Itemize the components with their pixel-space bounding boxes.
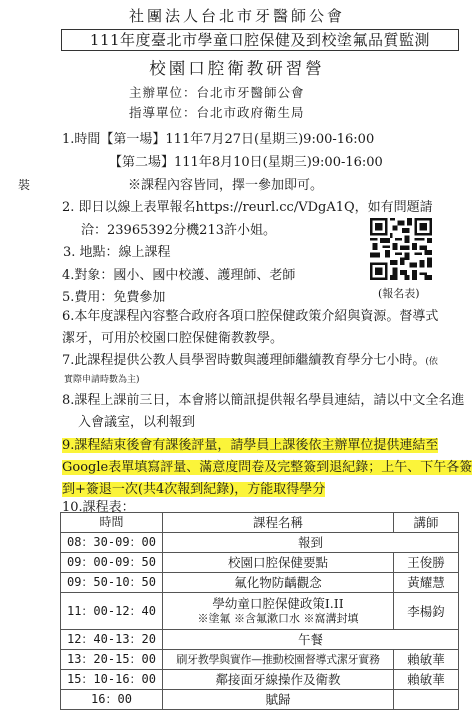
header-time: 時間 bbox=[61, 513, 163, 533]
row-course-cell: 學幼童口腔保健政策I.II ※塗氟 ※含氟漱口水 ※窩溝封填 bbox=[163, 593, 394, 630]
row-instructor: 賴敏華 bbox=[394, 670, 459, 690]
row-time: 12：40-13：20 bbox=[61, 630, 163, 650]
table-row: 09：50-10：50 氟化物防齲觀念 黃耀慧 bbox=[61, 573, 459, 593]
row-instructor: 王俊勝 bbox=[394, 553, 459, 573]
row-time: 15：10-16：00 bbox=[61, 670, 163, 690]
supervisor-unit: 指導單位：台北市政府衛生局 bbox=[129, 103, 305, 121]
row-instructor bbox=[394, 690, 459, 710]
fee-line: 5.費用：免費參加 bbox=[62, 286, 165, 305]
credit-line: 7.此課程提供公教人員學習時數與護理師繼續教育學分七小時。(依 bbox=[62, 349, 438, 368]
table-header-row: 時間 課程名稱 講師 bbox=[61, 513, 459, 533]
location-line: 3. 地點：線上課程 bbox=[63, 241, 171, 260]
notice-line-1: 8.課程上課前三日，本會將以簡訊提供報名學員連結，請以中文全名進 bbox=[62, 389, 464, 408]
row-course: 刷牙教學與實作—推動校園督導式潔牙實務 bbox=[163, 650, 394, 670]
table-row: 11：00-12：40 學幼童口腔保健政策I.II ※塗氟 ※含氟漱口水 ※窩溝… bbox=[61, 593, 459, 630]
evaluation-line-1: 9.課程結束後會有課後評量，請學員上課後依主辦單位提供連結至 bbox=[62, 438, 438, 453]
organizer-unit: 主辦單位：台北市牙醫師公會 bbox=[129, 83, 305, 101]
table-row: 09：00-09：50 校園口腔保健要點 王俊勝 bbox=[61, 553, 459, 573]
table-row: 12：40-13：20 午餐 bbox=[61, 630, 459, 650]
credit-note: 實際申請時數為主) bbox=[64, 372, 140, 385]
evaluation-line-2: Google表單填寫評量、滿意度問卷及完整簽到退紀錄；上午、下午各簽 bbox=[62, 460, 472, 475]
audience-line: 4.對象：國小、國中校護、護理師、老師 bbox=[62, 264, 295, 283]
content-line-1: 6.本年度課程內容整合政府各項口腔保健政策介紹與資源。督導式 bbox=[62, 305, 438, 324]
row-course: 氟化物防齲觀念 bbox=[163, 573, 394, 593]
row-time: 16：00 bbox=[61, 690, 163, 710]
header-course: 課程名稱 bbox=[163, 513, 394, 533]
binding-mark: 裝 bbox=[18, 176, 30, 193]
row-course: 校園口腔保健要點 bbox=[163, 553, 394, 573]
registration-line: 2. 即日以線上表單報名https://reurl.cc/VDgA1Q，如有問題… bbox=[62, 196, 433, 215]
credit-note-open: (依 bbox=[425, 357, 438, 367]
table-row: 16：00 賦歸 bbox=[61, 690, 459, 710]
row-time: 08：30-09：00 bbox=[61, 533, 163, 553]
table-row: 08：30-09：00 報到 bbox=[61, 533, 459, 553]
row-time: 09：00-09：50 bbox=[61, 553, 163, 573]
evaluation-line-3: 到+簽退一次(共4次報到紀錄)，方能取得學分 bbox=[62, 482, 325, 497]
row-course-subtopics: ※塗氟 ※含氟漱口水 ※窩溝封填 bbox=[163, 611, 393, 626]
row-course: 賦歸 bbox=[163, 690, 394, 710]
table-row: 13：20-15：00 刷牙教學與實作—推動校園督導式潔牙實務 賴敏華 bbox=[61, 650, 459, 670]
time-first-session: 1.時間【第一場】111年7月27日(星期三)9:00-16:00 bbox=[62, 128, 374, 147]
row-course: 鄰接面牙線操作及衛教 bbox=[163, 670, 394, 690]
row-course: 報到 bbox=[163, 533, 459, 553]
project-title-box: 111年度臺北市學童口腔保健及到校塗氟品質監測 bbox=[61, 29, 459, 51]
schedule-table: 時間 課程名稱 講師 08：30-09：00 報到 09：00-09：50 校園… bbox=[60, 512, 459, 710]
time-second-session: 【第二場】111年8月10日(星期三)9:00-16:00 bbox=[109, 151, 383, 170]
row-instructor: 黃耀慧 bbox=[394, 573, 459, 593]
credit-text: 7.此課程提供公教人員學習時數與護理師繼續教育學分七小時。 bbox=[62, 353, 425, 368]
content-line-2: 潔牙，可用於校園口腔保健衛教教學。 bbox=[62, 327, 283, 346]
row-course: 學幼童口腔保健政策I.II bbox=[163, 596, 393, 611]
row-time: 13：20-15：00 bbox=[61, 650, 163, 670]
row-instructor: 賴敏華 bbox=[394, 650, 459, 670]
row-time: 11：00-12：40 bbox=[61, 593, 163, 630]
organization-title: 社團法人台北市牙醫師公會 bbox=[0, 5, 474, 26]
header-instructor: 講師 bbox=[394, 513, 459, 533]
camp-title: 校園口腔衛教研習營 bbox=[0, 55, 474, 79]
time-note: ※課程內容皆同，擇一參加即可。 bbox=[128, 174, 323, 193]
registration-contact: 洽：23965392分機213許小姐。 bbox=[81, 219, 276, 238]
row-instructor: 李楊鈞 bbox=[394, 593, 459, 630]
qr-code-icon[interactable] bbox=[370, 218, 432, 280]
notice-line-2: 入會議室，以利報到 bbox=[78, 411, 195, 430]
row-course: 午餐 bbox=[163, 630, 459, 650]
row-time: 09：50-10：50 bbox=[61, 573, 163, 593]
table-row: 15：10-16：00 鄰接面牙線操作及衛教 賴敏華 bbox=[61, 670, 459, 690]
qr-caption: (報名表) bbox=[378, 285, 420, 301]
